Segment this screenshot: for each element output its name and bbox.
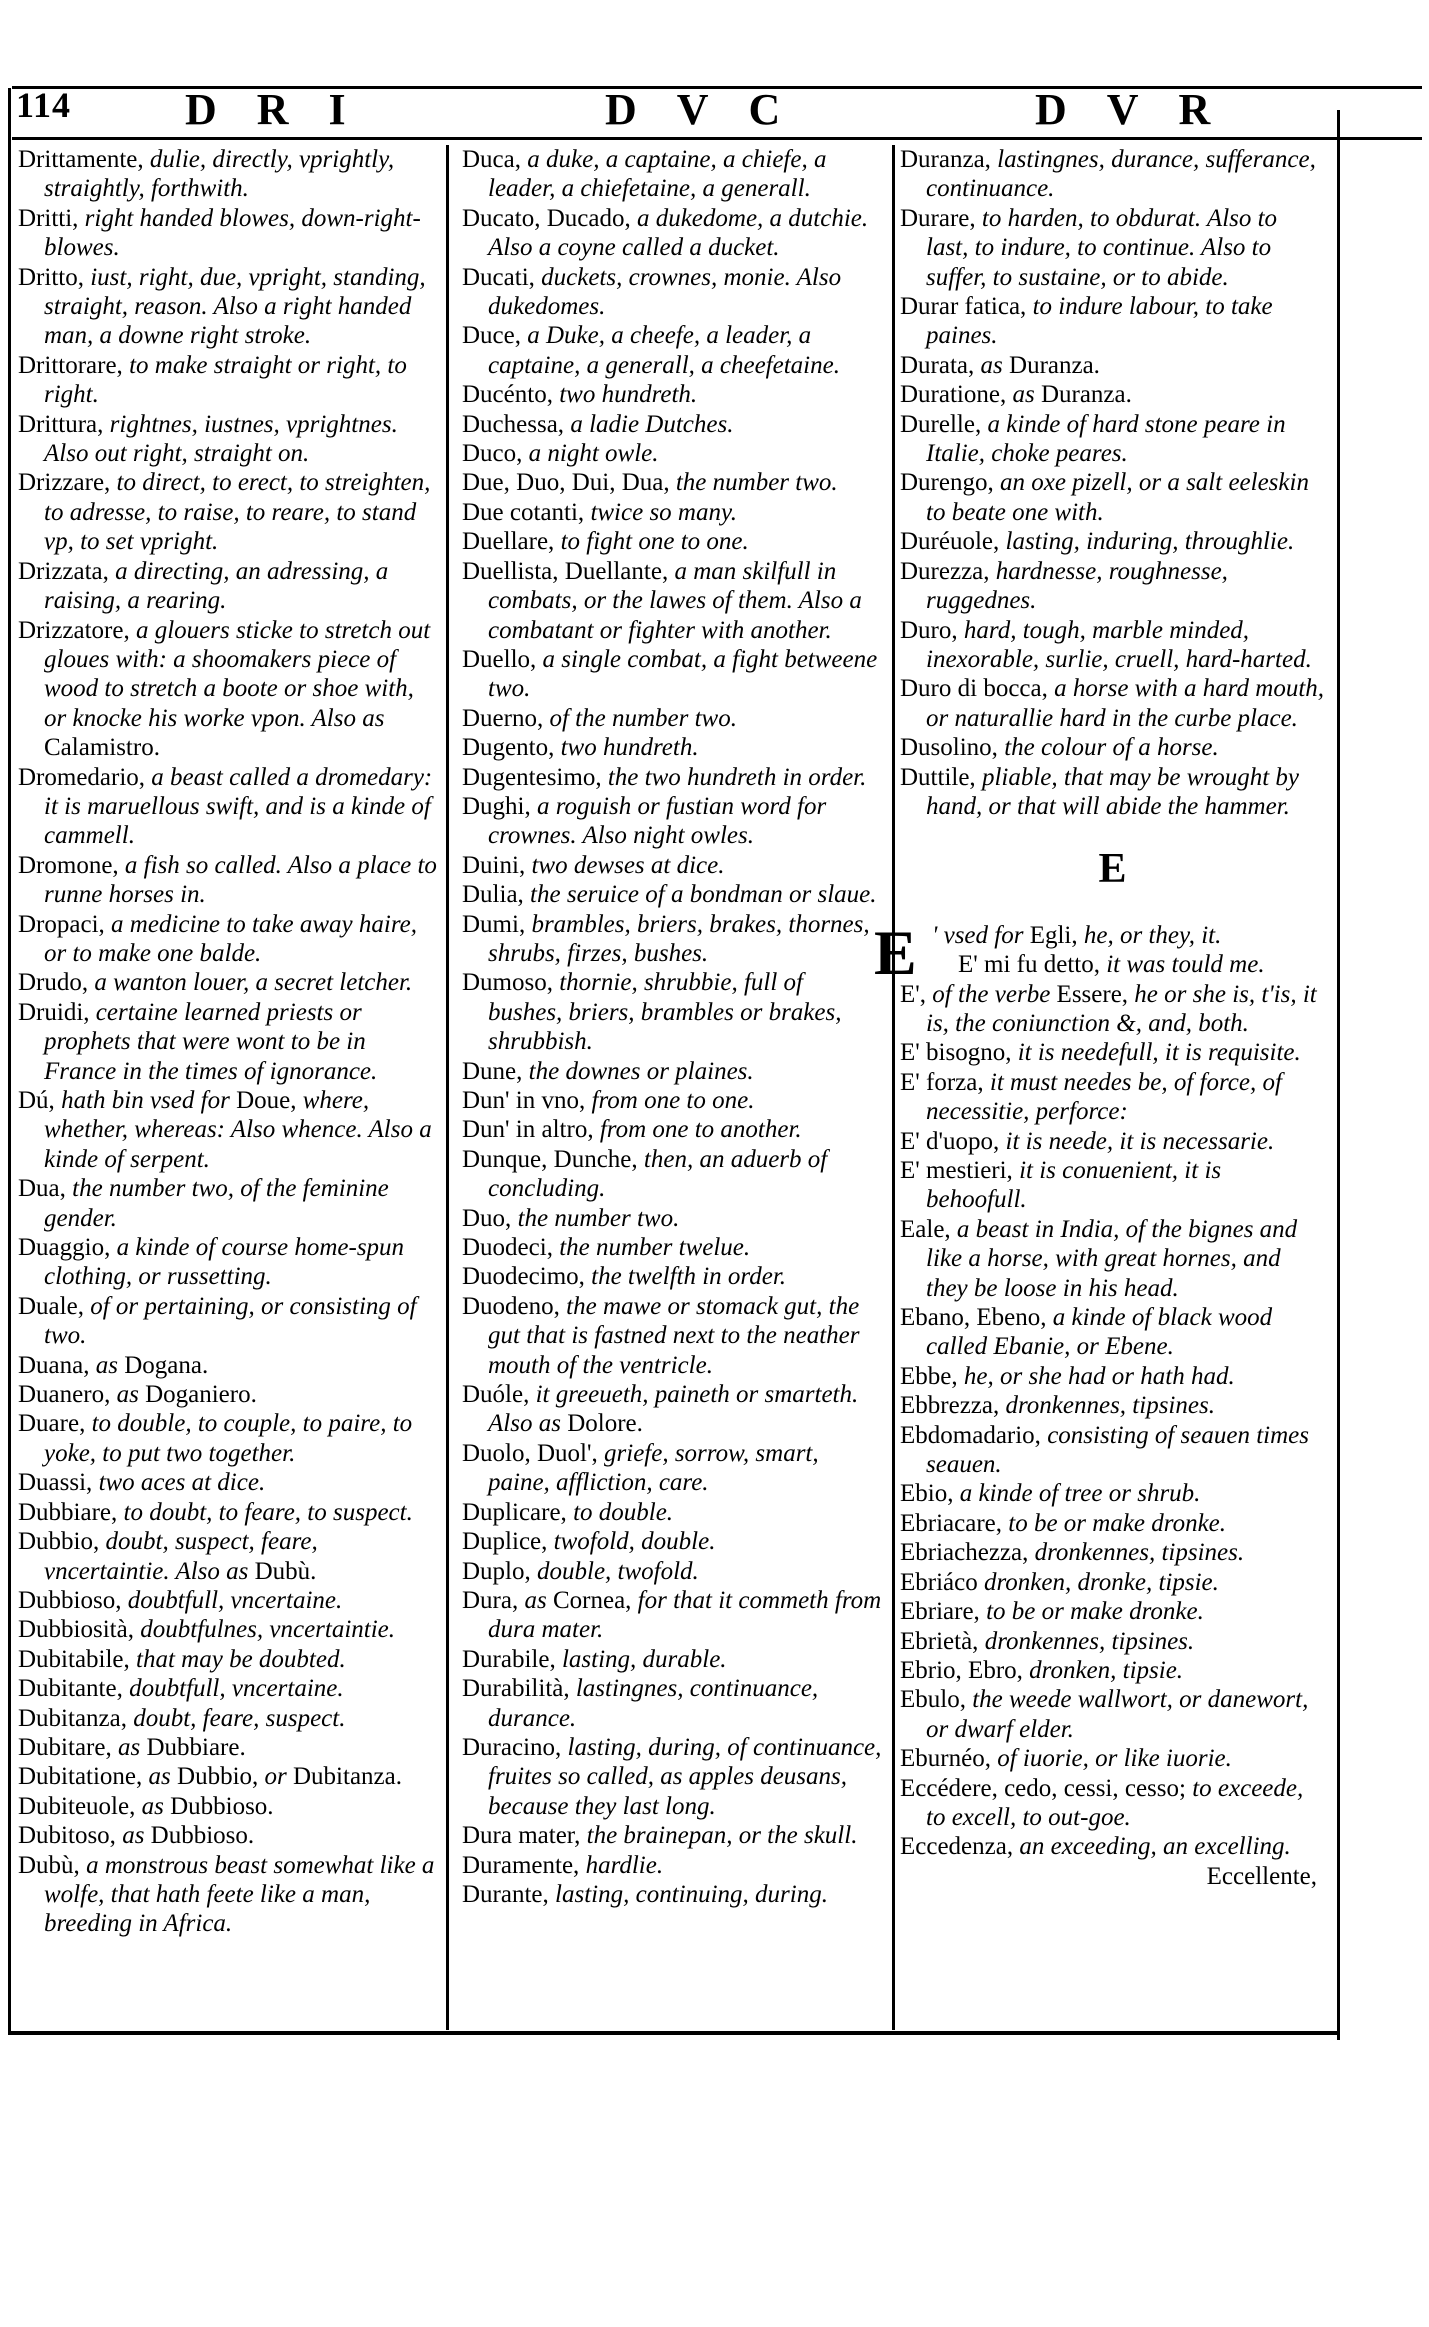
definition: a wanton louer, a secret letcher. <box>88 969 412 996</box>
headword: Duttile, <box>900 764 976 791</box>
dictionary-entry: Druidi, certaine learned priests or prop… <box>18 998 438 1086</box>
headword: Durata, <box>900 352 974 379</box>
definition: to double, to couple, to paire, to yoke,… <box>44 1410 412 1466</box>
dictionary-entry: Ebriáco dronken, dronke, tipsie. <box>900 1568 1325 1597</box>
dictionary-entry: Duce, a Duke, a cheefe, a leader, a capt… <box>462 321 882 380</box>
definition: the downes or plaines. <box>522 1058 753 1085</box>
cross-reference: Doue, <box>230 1087 297 1114</box>
headword: Dubitante, <box>18 1675 123 1702</box>
definition: the brainepan, or the skull. <box>580 1822 857 1849</box>
dictionary-entry: E' bisogno, it is needefull, it is requi… <box>900 1038 1325 1067</box>
dictionary-entry: Duellista, Duellante, a man skilfull in … <box>462 557 882 645</box>
headword: Eburnéo, <box>900 1745 991 1772</box>
dictionary-entry: Durelle, a kinde of hard stone peare in … <box>900 410 1325 469</box>
headword: Duodecimo, <box>462 1263 585 1290</box>
definition: lasting, continuing, during. <box>549 1881 828 1908</box>
headword: Dromone, <box>18 852 119 879</box>
dropcap-entry: E ' vsed for Egli, he, or they, it. E' m… <box>900 921 1325 980</box>
headword: Dritto, <box>18 264 84 291</box>
definition: as <box>135 1793 163 1820</box>
definition: doubtfull, vncertaine. <box>121 1587 342 1614</box>
dictionary-entry: Eccédere, cedo, cessi, cesso; to exceede… <box>900 1774 1325 1833</box>
headword: Dugento, <box>462 734 554 761</box>
definition: doubtfulnes, vncertaintie. <box>134 1616 395 1643</box>
dictionary-entry: Drudo, a wanton louer, a secret letcher. <box>18 968 438 997</box>
dictionary-entry: Dunque, Dunche, then, an aduerb of concl… <box>462 1145 882 1204</box>
cross-reference: Dubbioso. <box>144 1822 254 1849</box>
headword: Durare, <box>900 205 976 232</box>
cross-reference: Duranza. <box>1035 381 1132 408</box>
dictionary-entry: Durabilità, lastingnes, continuance, dur… <box>462 1674 882 1733</box>
dictionary-entry: Ducati, duckets, crownes, monie. Also du… <box>462 263 882 322</box>
dictionary-entry: Eburnéo, of iuorie, or like iuorie. <box>900 1744 1325 1773</box>
dictionary-entry: Drittamente, dulie, directly, vprightly,… <box>18 145 438 204</box>
definition: as <box>110 1381 138 1408</box>
headword: Eccedenza, <box>900 1833 1013 1860</box>
dictionary-entry: Dromedario, a beast called a dromedary: … <box>18 763 438 851</box>
dictionary-entry: Dubitanza, doubt, feare, suspect. <box>18 1704 438 1733</box>
definition: or <box>258 1763 286 1790</box>
headword: Duca, <box>462 146 521 173</box>
definition: certaine learned priests or prophets tha… <box>44 999 377 1085</box>
dictionary-entry: Duo, the number two. <box>462 1204 882 1233</box>
headword: Drittura, <box>18 411 103 438</box>
dictionary-entry: Dulia, the seruice of a bondman or slaue… <box>462 880 882 909</box>
headword: Dunque, Dunche, <box>462 1146 638 1173</box>
headword: Ebulo, <box>900 1686 966 1713</box>
headword: Dun' in altro, <box>462 1116 594 1143</box>
cross-reference: Dubbiare. <box>140 1734 246 1761</box>
definition: it is neede, it is necessarie. <box>999 1128 1274 1155</box>
definition: as <box>116 1822 144 1849</box>
headword: Ebano, Ebeno, <box>900 1304 1046 1331</box>
headword: Due, Duo, Dui, Dua, <box>462 469 670 496</box>
headword: Ducato, Ducado, <box>462 205 631 232</box>
headword: Duare, <box>18 1410 85 1437</box>
cross-reference: Essere, <box>1050 981 1128 1008</box>
headword: Duratione, <box>900 381 1006 408</box>
definition: dronken, tipsie. <box>1023 1657 1183 1684</box>
headword: Duplo, <box>462 1558 531 1585</box>
headword: Ebriachezza, <box>900 1539 1028 1566</box>
dictionary-entry: Duca, a duke, a captaine, a chiefe, a le… <box>462 145 882 204</box>
headword: Duro, <box>900 617 958 644</box>
headword: Ebriare, <box>900 1598 980 1625</box>
headword: Ebio, <box>900 1480 953 1507</box>
headword: Dubbiare, <box>18 1499 117 1526</box>
dictionary-entry: Dubitante, doubtfull, vncertaine. <box>18 1674 438 1703</box>
dictionary-entry: Duttile, pliable, that may be wrought by… <box>900 763 1325 822</box>
headword: Dulia, <box>462 881 524 908</box>
dictionary-entry: Duplo, double, twofold. <box>462 1557 882 1586</box>
dictionary-entry: Ebriare, to be or make dronke. <box>900 1597 1325 1626</box>
dictionary-column-2: Duca, a duke, a captaine, a chiefe, a le… <box>462 145 882 1909</box>
headword: Duo, <box>462 1205 511 1232</box>
dictionary-entry: Durar fatica, to indure labour, to take … <box>900 292 1325 351</box>
dictionary-entry: Durare, to harden, to obdurat. Also to l… <box>900 204 1325 292</box>
dictionary-entry: Duello, a single combat, a fight between… <box>462 645 882 704</box>
dictionary-entry: Dritto, iust, right, due, vpright, stand… <box>18 263 438 351</box>
dictionary-entry: Duana, as Dogana. <box>18 1351 438 1380</box>
dictionary-entry: Dun' in altro, from one to another. <box>462 1115 882 1144</box>
definition: of iuorie, or like iuorie. <box>991 1745 1232 1772</box>
dictionary-entry: Duolo, Duol', griefe, sorrow, smart, pai… <box>462 1439 882 1498</box>
definition: a duke, a captaine, a chiefe, a leader, … <box>488 146 826 202</box>
dictionary-entry: E' mestieri, it is conuenient, it is beh… <box>900 1156 1325 1215</box>
dictionary-entry: Eale, a beast in India, of the bignes an… <box>900 1215 1325 1303</box>
definition: as <box>1006 381 1034 408</box>
headword: Duellista, Duellante, <box>462 558 668 585</box>
dictionary-entry: Due, Duo, Dui, Dua, the number two. <box>462 468 882 497</box>
dictionary-entry: Durabile, lasting, durable. <box>462 1645 882 1674</box>
dictionary-entry: Dritti, right handed blowes, down-right-… <box>18 204 438 263</box>
dictionary-entry: E', of the verbe Essere, he or she is, t… <box>900 980 1325 1039</box>
definition: as <box>142 1763 170 1790</box>
dictionary-entry: Duodeno, the mawe or stomack gut, the gu… <box>462 1292 882 1380</box>
dictionary-entry: Dubbiosità, doubtfulnes, vncertaintie. <box>18 1615 438 1644</box>
headword: Ducati, <box>462 264 535 291</box>
definition: he, or she had or hath had. <box>958 1363 1235 1390</box>
dictionary-entry: Dura mater, the brainepan, or the skull. <box>462 1821 882 1850</box>
dictionary-entry: Dubbiare, to doubt, to feare, to suspect… <box>18 1498 438 1527</box>
headword: Duóle, <box>462 1381 529 1408</box>
page-number: 114 <box>16 84 71 126</box>
headword: Dumoso, <box>462 969 553 996</box>
headword: E' mestieri, <box>900 1157 1013 1184</box>
definition: two hundreth. <box>553 381 697 408</box>
definition: a monstrous beast somewhat like a wolfe,… <box>44 1852 434 1938</box>
definition: to harden, to obdurat. Also to last, to … <box>926 205 1277 291</box>
definition: right handed blowes, down-right-blowes. <box>44 205 421 261</box>
headword: Durezza, <box>900 558 990 585</box>
headword: Eccédere, cedo, cessi, cesso; <box>900 1775 1186 1802</box>
dictionary-entry: Duóle, it greeueth, paineth or smarteth.… <box>462 1380 882 1439</box>
definition: dronken, dronke, tipsie. <box>978 1569 1219 1596</box>
dictionary-entry: Ebio, a kinde of tree or shrub. <box>900 1479 1325 1508</box>
definition: pliable, that may be wrought by hand, or… <box>926 764 1299 820</box>
frame-left-rule <box>8 88 11 2033</box>
headword: Due cotanti, <box>462 499 584 526</box>
dictionary-entry: Duanero, as Doganiero. <box>18 1380 438 1409</box>
headword: Duodeci, <box>462 1234 553 1261</box>
definition: to be or make dronke. <box>980 1598 1204 1625</box>
catchword: Eccellente, <box>900 1862 1325 1891</box>
definition: that may be doubted. <box>130 1646 346 1673</box>
dictionary-entry: Ebbe, he, or she had or hath had. <box>900 1362 1325 1391</box>
dictionary-column-1: Drittamente, dulie, directly, vprightly,… <box>18 145 438 1939</box>
definition: from one to another. <box>594 1116 802 1143</box>
cross-reference: Dubbioso. <box>164 1793 274 1820</box>
frame-right-rule <box>1337 110 1340 2040</box>
headword: Ebrietà, <box>900 1628 978 1655</box>
headword: Duini, <box>462 852 525 879</box>
headword: Duana, <box>18 1352 90 1379</box>
definition: dronkennes, tipsines. <box>978 1628 1194 1655</box>
definition: two hundreth. <box>554 734 698 761</box>
bottom-rule <box>8 2031 1340 2035</box>
definition: a ladie Dutches. <box>564 411 733 438</box>
guide-word-center: DVC <box>605 84 820 135</box>
definition: the colour of a horse. <box>998 734 1219 761</box>
headword: E' bisogno, <box>900 1039 1011 1066</box>
dropcap-letter: E <box>900 923 917 983</box>
definition: lasting, durable. <box>556 1646 727 1673</box>
cross-reference: Doganiero. <box>139 1381 257 1408</box>
dictionary-entry: Dugento, two hundreth. <box>462 733 882 762</box>
definition: iust, right, due, vpright, standing, str… <box>44 264 426 350</box>
definition: the number two, of the feminine gender. <box>44 1175 389 1231</box>
headword: Duello, <box>462 646 536 673</box>
definition: a roguish or fustian word for crownes. A… <box>488 793 826 849</box>
dictionary-entry: Dua, the number two, of the feminine gen… <box>18 1174 438 1233</box>
definition: two dewses at dice. <box>525 852 724 879</box>
headword: Dubitare, <box>18 1734 112 1761</box>
definition: to be or make dronke. <box>1002 1510 1226 1537</box>
dictionary-entry: Durata, as Duranza. <box>900 351 1325 380</box>
dictionary-entry: Ebano, Ebeno, a kinde of black wood call… <box>900 1303 1325 1362</box>
section-letter-e: E <box>900 855 1325 884</box>
headword: Dumi, <box>462 911 525 938</box>
dictionary-entry: Duro, hard, tough, marble minded, inexor… <box>900 616 1325 675</box>
headword: Dugentesimo, <box>462 764 602 791</box>
headword: Ebbrezza, <box>900 1392 999 1419</box>
dictionary-entry: Dura, as Cornea, for that it commeth fro… <box>462 1586 882 1645</box>
headword: Duce, <box>462 322 521 349</box>
headword: Dú, <box>18 1087 55 1114</box>
headword: Duassi, <box>18 1469 92 1496</box>
headword: Ebriáco <box>900 1569 978 1596</box>
headword: Drizzata, <box>18 558 109 585</box>
dictionary-entry: Ducato, Ducado, a dukedome, a dutchie. A… <box>462 204 882 263</box>
headword: Dubitabile, <box>18 1646 130 1673</box>
definition: two aces at dice. <box>92 1469 265 1496</box>
dictionary-entry: Dune, the downes or plaines. <box>462 1057 882 1086</box>
column-rule-2 <box>892 145 895 2030</box>
dictionary-entry: Dughi, a roguish or fustian word for cro… <box>462 792 882 851</box>
headword: Dubbio, <box>18 1528 99 1555</box>
dictionary-entry: Dubbio, doubt, suspect, feare, vncertain… <box>18 1527 438 1586</box>
definition: as <box>974 352 1002 379</box>
headword: Dromedario, <box>18 764 145 791</box>
dictionary-entry: Dubitatione, as Dubbio, or Dubitanza. <box>18 1762 438 1791</box>
headword: Dubitanza, <box>18 1705 127 1732</box>
dictionary-entry: Drizzata, a directing, an adressing, a r… <box>18 557 438 616</box>
definition: a kinde of tree or shrub. <box>953 1480 1200 1507</box>
cross-reference: Dubbio, <box>171 1763 259 1790</box>
dictionary-entry: Duellare, to fight one to one. <box>462 527 882 556</box>
definition: a night owle. <box>522 440 658 467</box>
definition: duckets, crownes, monie. Also dukedomes. <box>488 264 841 320</box>
cross-reference: Calamistro. <box>44 734 160 761</box>
headword: Dubitatione, <box>18 1763 142 1790</box>
headword: Dune, <box>462 1058 522 1085</box>
dictionary-entry: Ebulo, the weede wallwort, or danewort, … <box>900 1685 1325 1744</box>
dictionary-entry: Dubù, a monstrous beast somewhat like a … <box>18 1851 438 1939</box>
definition: hardlie. <box>579 1852 663 1879</box>
cross-reference: Dogana. <box>118 1352 208 1379</box>
headword: Drizzatore, <box>18 617 130 644</box>
dictionary-entry: Dubitare, as Dubbiare. <box>18 1733 438 1762</box>
headword: Dura mater, <box>462 1822 580 1849</box>
definition: the twelfth in order. <box>585 1263 786 1290</box>
dictionary-entry: Dropaci, a medicine to take away haire, … <box>18 910 438 969</box>
definition: as <box>518 1587 546 1614</box>
dictionary-entry: Ebrio, Ebro, dronken, tipsie. <box>900 1656 1325 1685</box>
definition: the two hundreth in order. <box>602 764 867 791</box>
cross-reference: Duranza. <box>1003 352 1100 379</box>
headword: Dura, <box>462 1587 518 1614</box>
dictionary-entry: Duerno, of the number two. <box>462 704 882 733</box>
dictionary-entry: Ebriacare, to be or make dronke. <box>900 1509 1325 1538</box>
dictionary-entry: Drizzatore, a glouers sticke to stretch … <box>18 616 438 763</box>
definition: the number twelue. <box>553 1234 750 1261</box>
cross-reference: Dubù. <box>248 1558 316 1585</box>
definition: a single combat, a fight betweene two. <box>488 646 877 702</box>
dictionary-entry: Duassi, two aces at dice. <box>18 1468 438 1497</box>
dictionary-entry: E' forza, it must needes be, of force, o… <box>900 1068 1325 1127</box>
dictionary-entry: Duratione, as Duranza. <box>900 380 1325 409</box>
headword: Duramente, <box>462 1852 579 1879</box>
headword: Duellare, <box>462 528 554 555</box>
headword: E' d'uopo, <box>900 1128 999 1155</box>
definition: of the number two. <box>543 705 737 732</box>
headword: Dropaci, <box>18 911 105 938</box>
headword: Durabile, <box>462 1646 556 1673</box>
guide-word-left: DRI <box>185 84 386 135</box>
definition: lasting, induring, throughlie. <box>999 528 1294 555</box>
headword: Duplicare, <box>462 1499 567 1526</box>
headword: Durelle, <box>900 411 981 438</box>
headword: Ebbe, <box>900 1363 958 1390</box>
headword: Dubù, <box>18 1852 80 1879</box>
headword: Dua, <box>18 1175 66 1202</box>
dictionary-entry: Drittorare, to make straight or right, t… <box>18 351 438 410</box>
definition: as <box>90 1352 118 1379</box>
dictionary-column-3: Duranza, lastingnes, durance, sufferance… <box>900 145 1325 1891</box>
headword: Duolo, Duol', <box>462 1440 598 1467</box>
definition: hath bin vsed for <box>55 1087 230 1114</box>
headword: Duco, <box>462 440 522 467</box>
headword: Dubitoso, <box>18 1822 116 1849</box>
definition: doubt, feare, suspect. <box>127 1705 345 1732</box>
headword: Duaggio, <box>18 1234 110 1261</box>
definition: an exceeding, an excelling. <box>1013 1833 1291 1860</box>
dictionary-entry: Duro di bocca, a horse with a hard mouth… <box>900 674 1325 733</box>
definition: from one to one. <box>585 1087 754 1114</box>
headword: Eale, <box>900 1216 951 1243</box>
headword: Duodeno, <box>462 1293 560 1320</box>
dictionary-entry: Duréuole, lasting, induring, throughlie. <box>900 527 1325 556</box>
headword: Duerno, <box>462 705 543 732</box>
definition: of the verbe <box>926 981 1050 1008</box>
headword: Duréuole, <box>900 528 999 555</box>
dictionary-entry: Durezza, hardnesse, roughnesse, ruggedne… <box>900 557 1325 616</box>
cross-reference: Dolore. <box>561 1410 643 1437</box>
headword: Dritti, <box>18 205 78 232</box>
headword: Duracino, <box>462 1734 561 1761</box>
dictionary-entry: E' d'uopo, it is neede, it is necessarie… <box>900 1127 1325 1156</box>
definition: to fight one to one. <box>554 528 748 555</box>
definition: a beast in India, of the bignes and like… <box>926 1216 1297 1302</box>
headword: Duanero, <box>18 1381 110 1408</box>
definition: twice so many. <box>584 499 737 526</box>
dictionary-entry: Durante, lasting, continuing, during. <box>462 1880 882 1909</box>
header-rule-bottom <box>12 137 1422 140</box>
cross-reference: Cornea, <box>547 1587 632 1614</box>
definition: as <box>112 1734 140 1761</box>
headword: Durar fatica, <box>900 293 1026 320</box>
headword: Ebrio, Ebro, <box>900 1657 1023 1684</box>
dictionary-entry: Duini, two dewses at dice. <box>462 851 882 880</box>
dictionary-entry: Duodecimo, the twelfth in order. <box>462 1262 882 1291</box>
dictionary-entry: Ducénto, two hundreth. <box>462 380 882 409</box>
dictionary-entry: Durengo, an oxe pizell, or a salt eelesk… <box>900 468 1325 527</box>
dictionary-entry: Dugentesimo, the two hundreth in order. <box>462 763 882 792</box>
headword: Druidi, <box>18 999 90 1026</box>
dictionary-entry: Dubitabile, that may be doubted. <box>18 1645 438 1674</box>
definition: the weede wallwort, or danewort, or dwar… <box>926 1686 1308 1742</box>
definition: brambles, briers, brakes, thornes, shrub… <box>488 911 870 967</box>
definition: double, twofold. <box>531 1558 699 1585</box>
dictionary-entry: Dun' in vno, from one to one. <box>462 1086 882 1115</box>
headword: Duro di bocca, <box>900 675 1048 702</box>
dictionary-entry: Eccedenza, an exceeding, an excelling. <box>900 1832 1325 1861</box>
dictionary-entry: Dumoso, thornie, shrubbie, full of bushe… <box>462 968 882 1056</box>
dictionary-entry: Duranza, lastingnes, durance, sufferance… <box>900 145 1325 204</box>
headword: Duchessa, <box>462 411 564 438</box>
dictionary-entry: Dusolino, the colour of a horse. <box>900 733 1325 762</box>
dictionary-entry: Duodeci, the number twelue. <box>462 1233 882 1262</box>
headword: Dughi, <box>462 793 531 820</box>
dictionary-entry: Duaggio, a kinde of course home-spun clo… <box>18 1233 438 1292</box>
definition: dronkennes, tipsines. <box>999 1392 1215 1419</box>
headword: Durabilità, <box>462 1675 570 1702</box>
headword: Ebdomadario, <box>900 1422 1041 1449</box>
definition: a Duke, a cheefe, a leader, a captaine, … <box>488 322 840 378</box>
headword: Durengo, <box>900 469 994 496</box>
headword: Dubiteuole, <box>18 1793 135 1820</box>
headword: Durante, <box>462 1881 549 1908</box>
definition: of or pertaining, or consisting of two. <box>44 1293 417 1349</box>
dictionary-entry: Duale, of or pertaining, or consisting o… <box>18 1292 438 1351</box>
definition: doubtfull, vncertaine. <box>123 1675 344 1702</box>
dictionary-entry: Duare, to double, to couple, to paire, t… <box>18 1409 438 1468</box>
column-rule-1 <box>446 145 449 2030</box>
definition: to doubt, to feare, to suspect. <box>117 1499 413 1526</box>
dictionary-entry: Ebbrezza, dronkennes, tipsines. <box>900 1391 1325 1420</box>
guide-word-right: DVR <box>1035 84 1250 135</box>
dictionary-entry: Duplicare, to double. <box>462 1498 882 1527</box>
definition: hard, tough, marble minded, inexorable, … <box>926 617 1312 673</box>
headword: Drittamente, <box>18 146 144 173</box>
dictionary-entry: Dubbioso, doubtfull, vncertaine. <box>18 1586 438 1615</box>
headword: Dubbioso, <box>18 1587 121 1614</box>
definition: it greeueth, paineth or smarteth. Also a… <box>488 1381 858 1437</box>
headword: Ducénto, <box>462 381 553 408</box>
headword: Dun' in vno, <box>462 1087 585 1114</box>
dictionary-entry: Ebdomadario, consisting of seauen times … <box>900 1421 1325 1480</box>
definition: twofold, double. <box>547 1528 715 1555</box>
dictionary-entry: Dú, hath bin vsed for Doue, where, wheth… <box>18 1086 438 1174</box>
dictionary-entry: Dubiteuole, as Dubbioso. <box>18 1792 438 1821</box>
headword: Drittorare, <box>18 352 123 379</box>
cross-reference: Dubitanza. <box>287 1763 402 1790</box>
dictionary-entry: Drizzare, to direct, to erect, to streig… <box>18 468 438 556</box>
dictionary-entry: Duramente, hardlie. <box>462 1851 882 1880</box>
dictionary-entry: Drittura, rightnes, iustnes, vprightnes.… <box>18 410 438 469</box>
dictionary-entry: Duco, a night owle. <box>462 439 882 468</box>
definition: it is needefull, it is requisite. <box>1011 1039 1300 1066</box>
